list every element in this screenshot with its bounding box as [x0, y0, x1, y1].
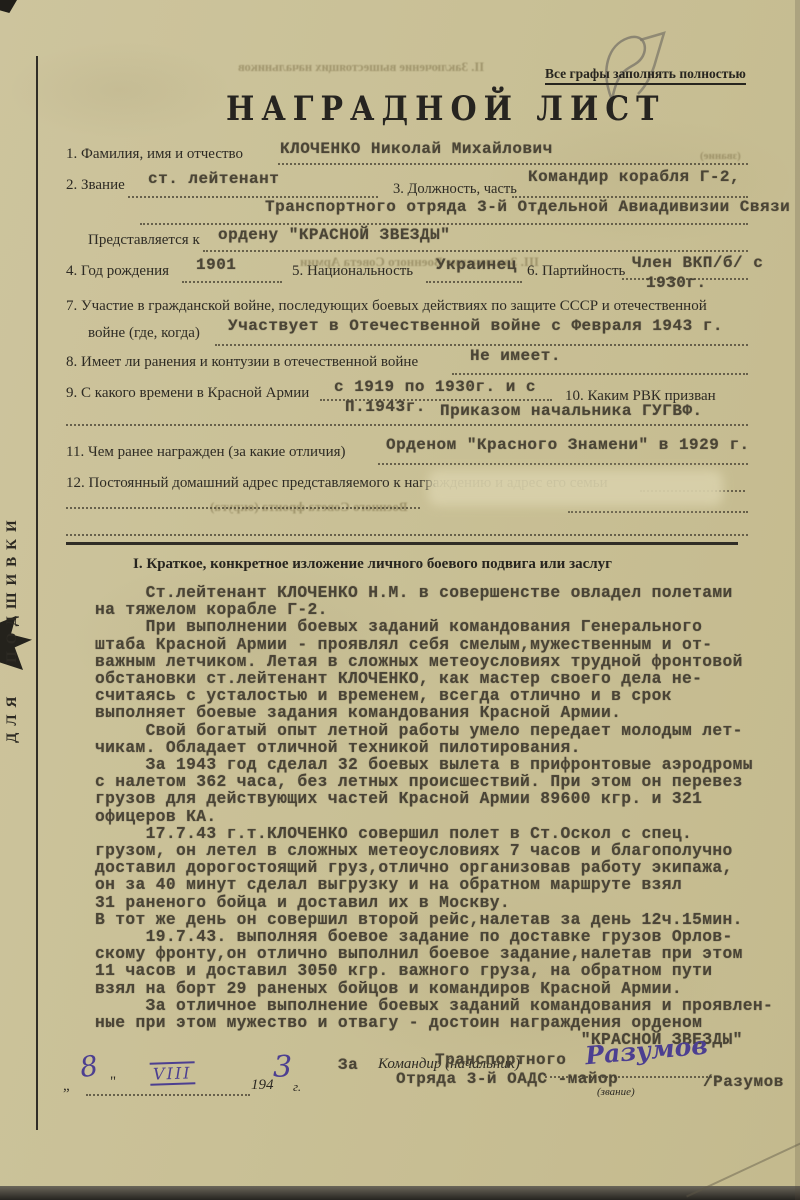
field-11-value: Орденом "Красного Знамени" в 1929 г. — [386, 436, 750, 454]
feat-line: За 1943 год сделал 32 боевых вылета в пр… — [95, 756, 773, 773]
bleedthrough-text: II. Заключение вышестоящих начальников — [238, 60, 484, 75]
binding-rule — [36, 56, 38, 1130]
feat-description: Ст.лейтенант КЛОЧЕНКО Н.М. в совершенств… — [95, 584, 773, 1048]
feat-line: грузом, он летел в сложных метеоусловиях… — [95, 842, 773, 859]
typed-role: Отряда 3-й ОАДС -майор — [396, 1070, 618, 1088]
dotted-line — [426, 281, 522, 283]
date-quote-open: „ — [63, 1078, 70, 1095]
dotted-line — [203, 250, 748, 252]
page-title: НАГРАДНОЙ ЛИСТ — [226, 90, 666, 129]
feat-line: В тот же день он совершил второй рейс,на… — [95, 911, 773, 928]
field-8-label: 8. Имеет ли ранения и контузии в отечест… — [66, 354, 418, 371]
feat-line: 17.7.43 г.т.КЛОЧЕНКО совершил полет в Ст… — [95, 825, 773, 842]
feat-line: взял на борт 29 раненых бойцов и команди… — [95, 980, 773, 997]
field-9-label: 9. С какого времени в Красной Армии — [66, 385, 309, 402]
field-1-label: 1. Фамилия, имя и отчество — [66, 146, 243, 163]
dotted-line — [66, 534, 748, 536]
field-3-label: 3. Должность, часть — [393, 181, 517, 198]
feat-line: скому фронту,он отлично выполнил боевое … — [95, 945, 773, 962]
field-6-value: 1930г. — [646, 274, 707, 292]
field-6-value: Член ВКП/б/ с — [632, 254, 763, 272]
feat-line: обстановки ст.лейтенант КЛОЧЕНКО, как ма… — [95, 670, 773, 687]
section-divider — [66, 542, 738, 545]
feat-line: Ст.лейтенант КЛОЧЕНКО Н.М. в совершенств… — [95, 584, 773, 601]
field-9-value: П.1943г. — [345, 398, 426, 416]
presented-to-label: Представляется к — [88, 232, 200, 249]
field-9-value: с 1919 по 1930г. и с — [334, 378, 536, 396]
presented-to-value: ордену "КРАСНОЙ ЗВЕЗДЫ" — [218, 226, 450, 244]
handwritten-month: VIII — [150, 1061, 195, 1086]
field-7-label: войне (где, когда) — [88, 325, 200, 342]
year-printed: 194 — [251, 1077, 274, 1094]
dotted-line — [545, 1076, 720, 1078]
dotted-line — [182, 281, 282, 283]
scan-corner-artifact — [0, 0, 17, 13]
feat-line: он за 40 минут сделал выгрузку и на обра… — [95, 876, 773, 893]
dotted-line — [568, 511, 748, 513]
feat-line: За отличное выполнение боевых заданий ко… — [95, 997, 773, 1014]
field-10-value: Приказом начальника ГУГВФ. — [440, 402, 703, 420]
field-7-label: 7. Участие в гражданской войне, последую… — [66, 298, 707, 315]
feat-line: считаясь с усталостью и временем, всегда… — [95, 687, 773, 704]
rank-caption: (звание) — [597, 1086, 635, 1098]
feat-line: штаба Красной Армии - проявлял себя смел… — [95, 636, 773, 653]
feat-line: важным летчиком. Летая в сложных метеоус… — [95, 653, 773, 670]
typed-signatory-name: /Разумов — [703, 1073, 784, 1091]
field-6-label: 6. Партийность — [527, 263, 625, 280]
dotted-line — [140, 223, 748, 225]
scanned-award-sheet: II. Заключение вышестоящих начальников I… — [0, 0, 800, 1200]
feat-line: выполняет боевые задания командования Кр… — [95, 704, 773, 721]
feat-line: ные при этом мужество и отвагу - достоин… — [95, 1014, 773, 1031]
feat-line: чикам. Обладает отличной техникой пилоти… — [95, 739, 773, 756]
fill-all-note: Все графы заполнять полностью — [545, 66, 746, 85]
field-4-value: 1901 — [196, 256, 236, 274]
field-2-label: 2. Звание — [66, 177, 125, 194]
signature-za: За — [338, 1056, 358, 1074]
handwritten-day: 8 — [78, 1049, 100, 1084]
feat-line: 31 раненого бойца и доставил их в Москву… — [95, 894, 773, 911]
field-7-value: Участвует в Отечественной войне с Феврал… — [228, 317, 723, 335]
feat-line: При выполнении боевых заданий командован… — [95, 618, 773, 635]
feat-line: офицеров КА. — [95, 808, 773, 825]
field-1-value: КЛОЧЕНКО Николай Михайлович — [280, 140, 553, 158]
field-3-value: Транспортного отряда 3-й Отдельной Авиад… — [265, 198, 790, 216]
feat-line: Свой богатый опыт летной работы умело пе… — [95, 722, 773, 739]
feat-line: доставил дорогостоящий груз,отлично орга… — [95, 859, 773, 876]
scan-bottom-edge — [0, 1186, 800, 1200]
feat-line: 11 часов и доставил 3050 кгр. важного гр… — [95, 962, 773, 979]
handwritten-year-digit: 3 — [273, 1050, 292, 1085]
dotted-line — [86, 1094, 250, 1096]
field-5-label: 5. Национальность — [292, 263, 413, 280]
redacted-address — [428, 470, 723, 506]
scan-right-edge — [795, 0, 800, 1200]
feat-line: грузов для действующих частей Красной Ар… — [95, 790, 773, 807]
dotted-line — [66, 507, 420, 509]
field-3-value: Командир корабля Г-2, — [528, 168, 740, 186]
field-4-label: 4. Год рождения — [66, 263, 169, 280]
feat-line: на тяжелом корабле Г-2. — [95, 601, 773, 618]
feat-line: 19.7.43. выполняя боевое задание по дост… — [95, 928, 773, 945]
field-11-label: 11. Чем ранее награжден (за какие отличи… — [66, 444, 346, 461]
typed-role: Транспортного — [435, 1051, 566, 1069]
dotted-line — [66, 424, 748, 426]
year-suffix: г. — [293, 1079, 301, 1095]
dotted-line — [378, 463, 748, 465]
section-1-heading: I. Краткое, конкретное изложение личного… — [133, 556, 612, 573]
dotted-line — [452, 373, 748, 375]
binding-margin-text: ДЛЯ ПОДШИВКИ — [4, 443, 21, 743]
field-8-value: Не имеет. — [470, 347, 561, 365]
dotted-line — [215, 344, 748, 346]
date-quote-close: " — [110, 1074, 116, 1091]
feat-line: с налетом 362 часа, без летных происшест… — [95, 773, 773, 790]
field-5-value: Украинец — [436, 256, 517, 274]
field-2-value: ст. лейтенант — [148, 170, 279, 188]
bleedthrough-text: (звание) — [700, 150, 741, 162]
dotted-line — [278, 163, 748, 165]
